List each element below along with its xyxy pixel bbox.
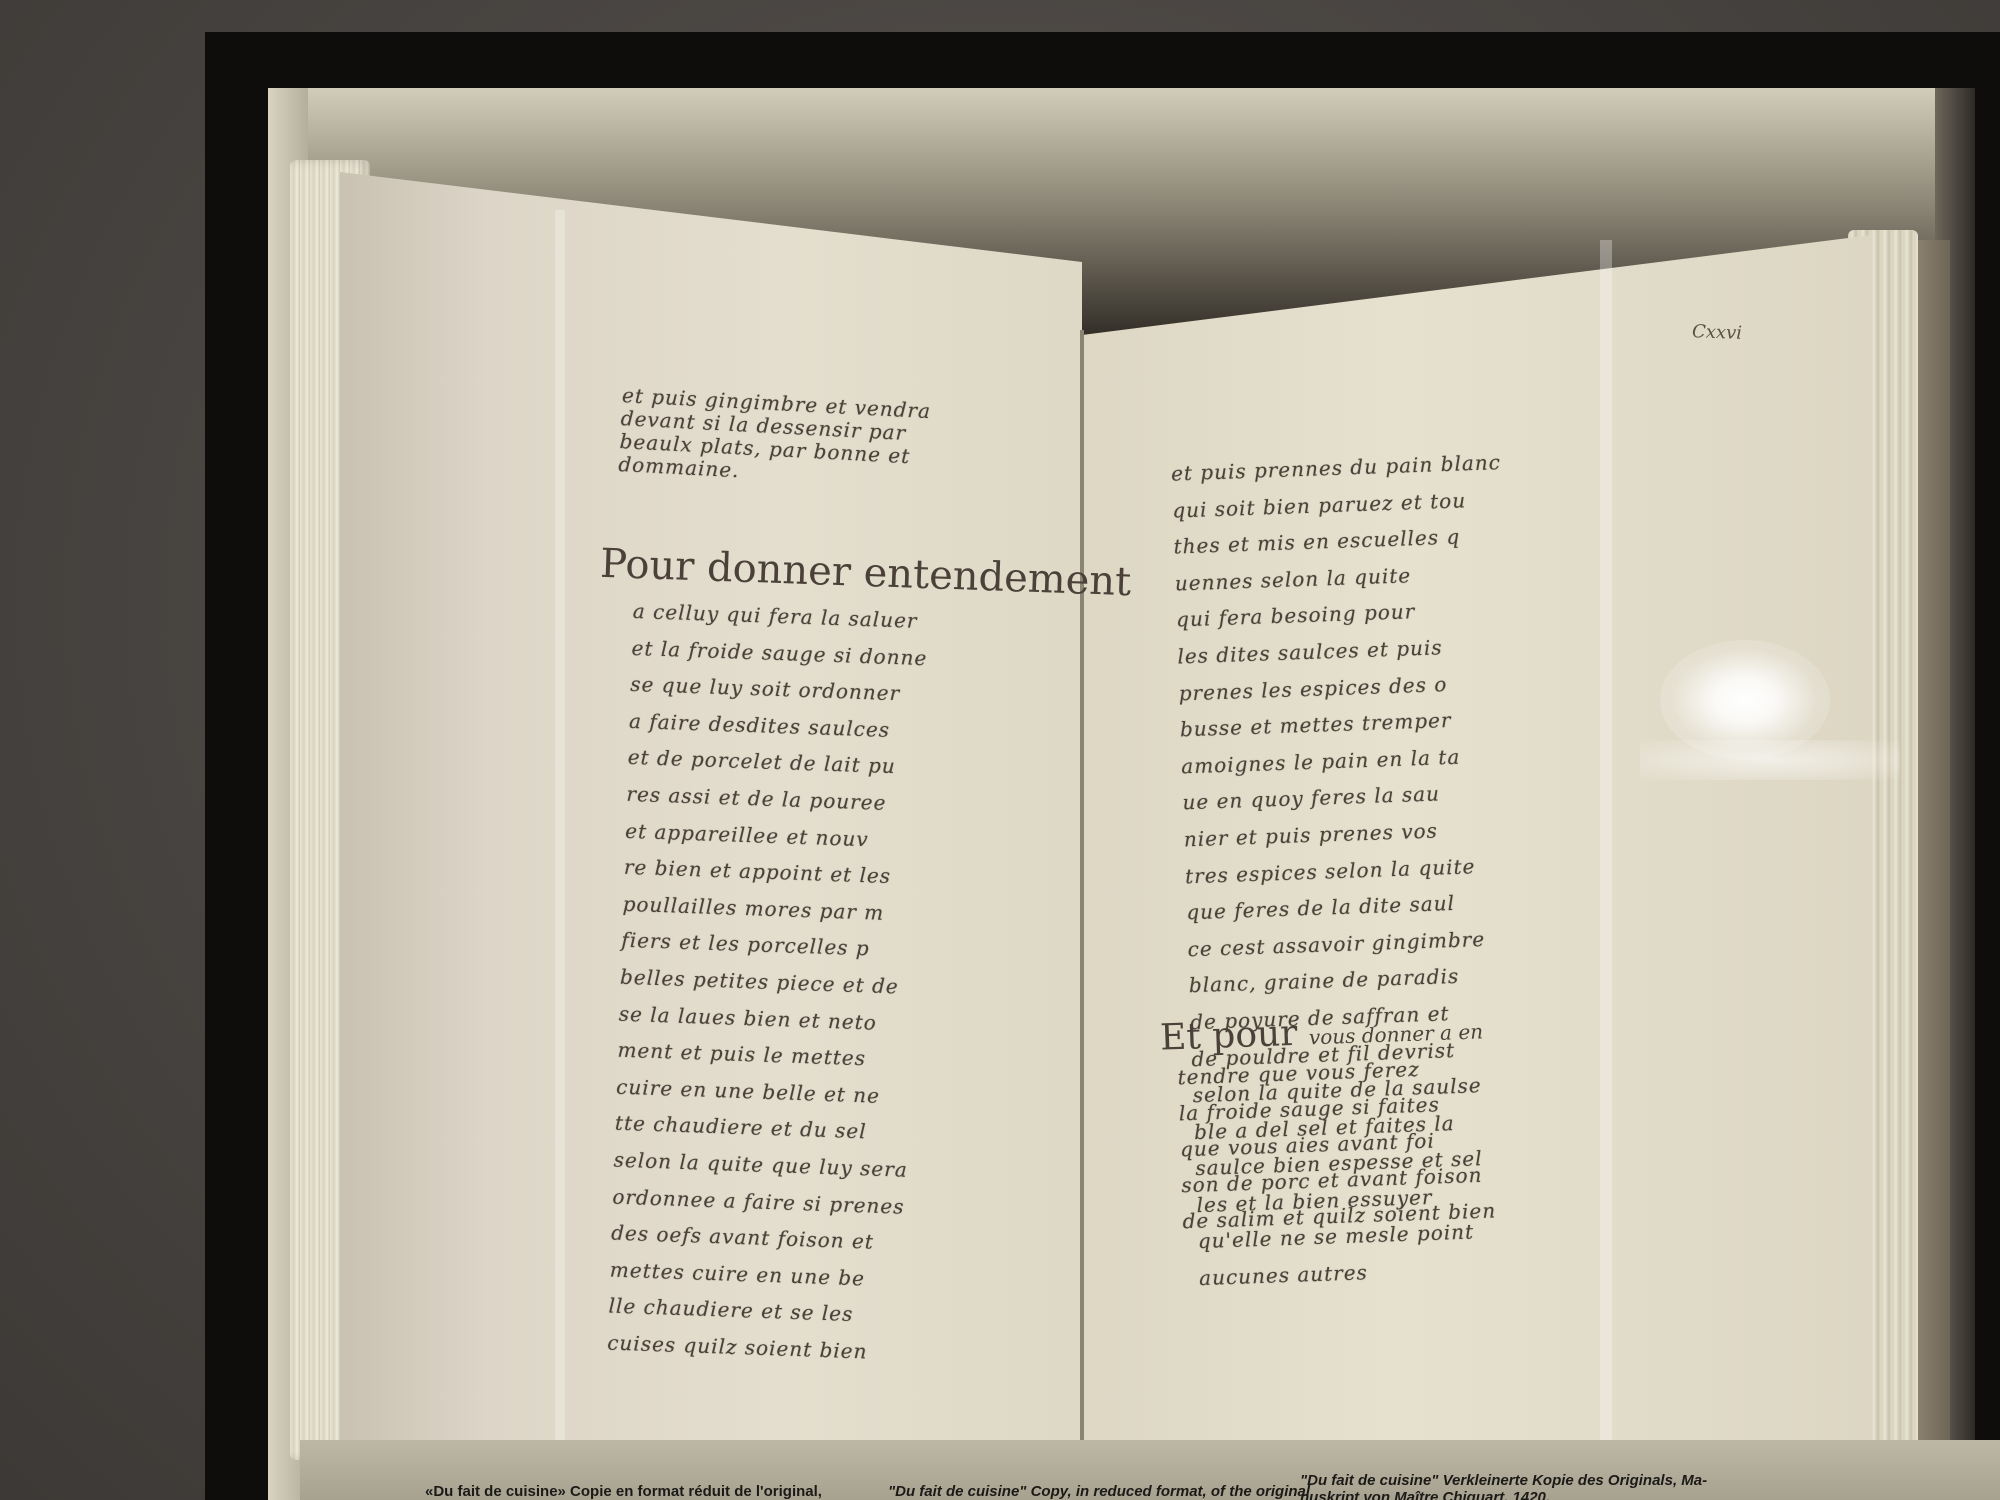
caption-english: "Du fait de cuisine" Copy, in reduced fo…: [888, 1483, 1310, 1500]
folio-number: Cxxvi: [1692, 321, 1743, 344]
caption-german: "Du fait de cuisine" Verkleinerte Kopie …: [1300, 1472, 1707, 1500]
left-page-body: a celluy qui fera la saluer et la froide…: [607, 593, 1054, 1376]
caption-french: «Du fait de cuisine» Copie en format réd…: [425, 1483, 822, 1500]
left-page-strap: [555, 210, 565, 1450]
book-gutter: [1080, 330, 1084, 1480]
open-manuscript: Cxxvi et puis gingimbre et vendra devant…: [0, 0, 2000, 1500]
caption-german-line: nuskript von Maître Chiquart, 1420.: [1300, 1489, 1707, 1500]
caption-german-line: "Du fait de cuisine" Verkleinerte Kopie …: [1300, 1472, 1707, 1489]
light-glare-streak: [1640, 740, 1900, 780]
heading-continuation: vous donner a en: [1309, 1019, 1484, 1049]
right-page-second-paragraph: tendre que vous ferez la froide sauge si…: [1177, 1045, 1603, 1240]
heading-initial: Et pour: [1159, 1013, 1298, 1059]
